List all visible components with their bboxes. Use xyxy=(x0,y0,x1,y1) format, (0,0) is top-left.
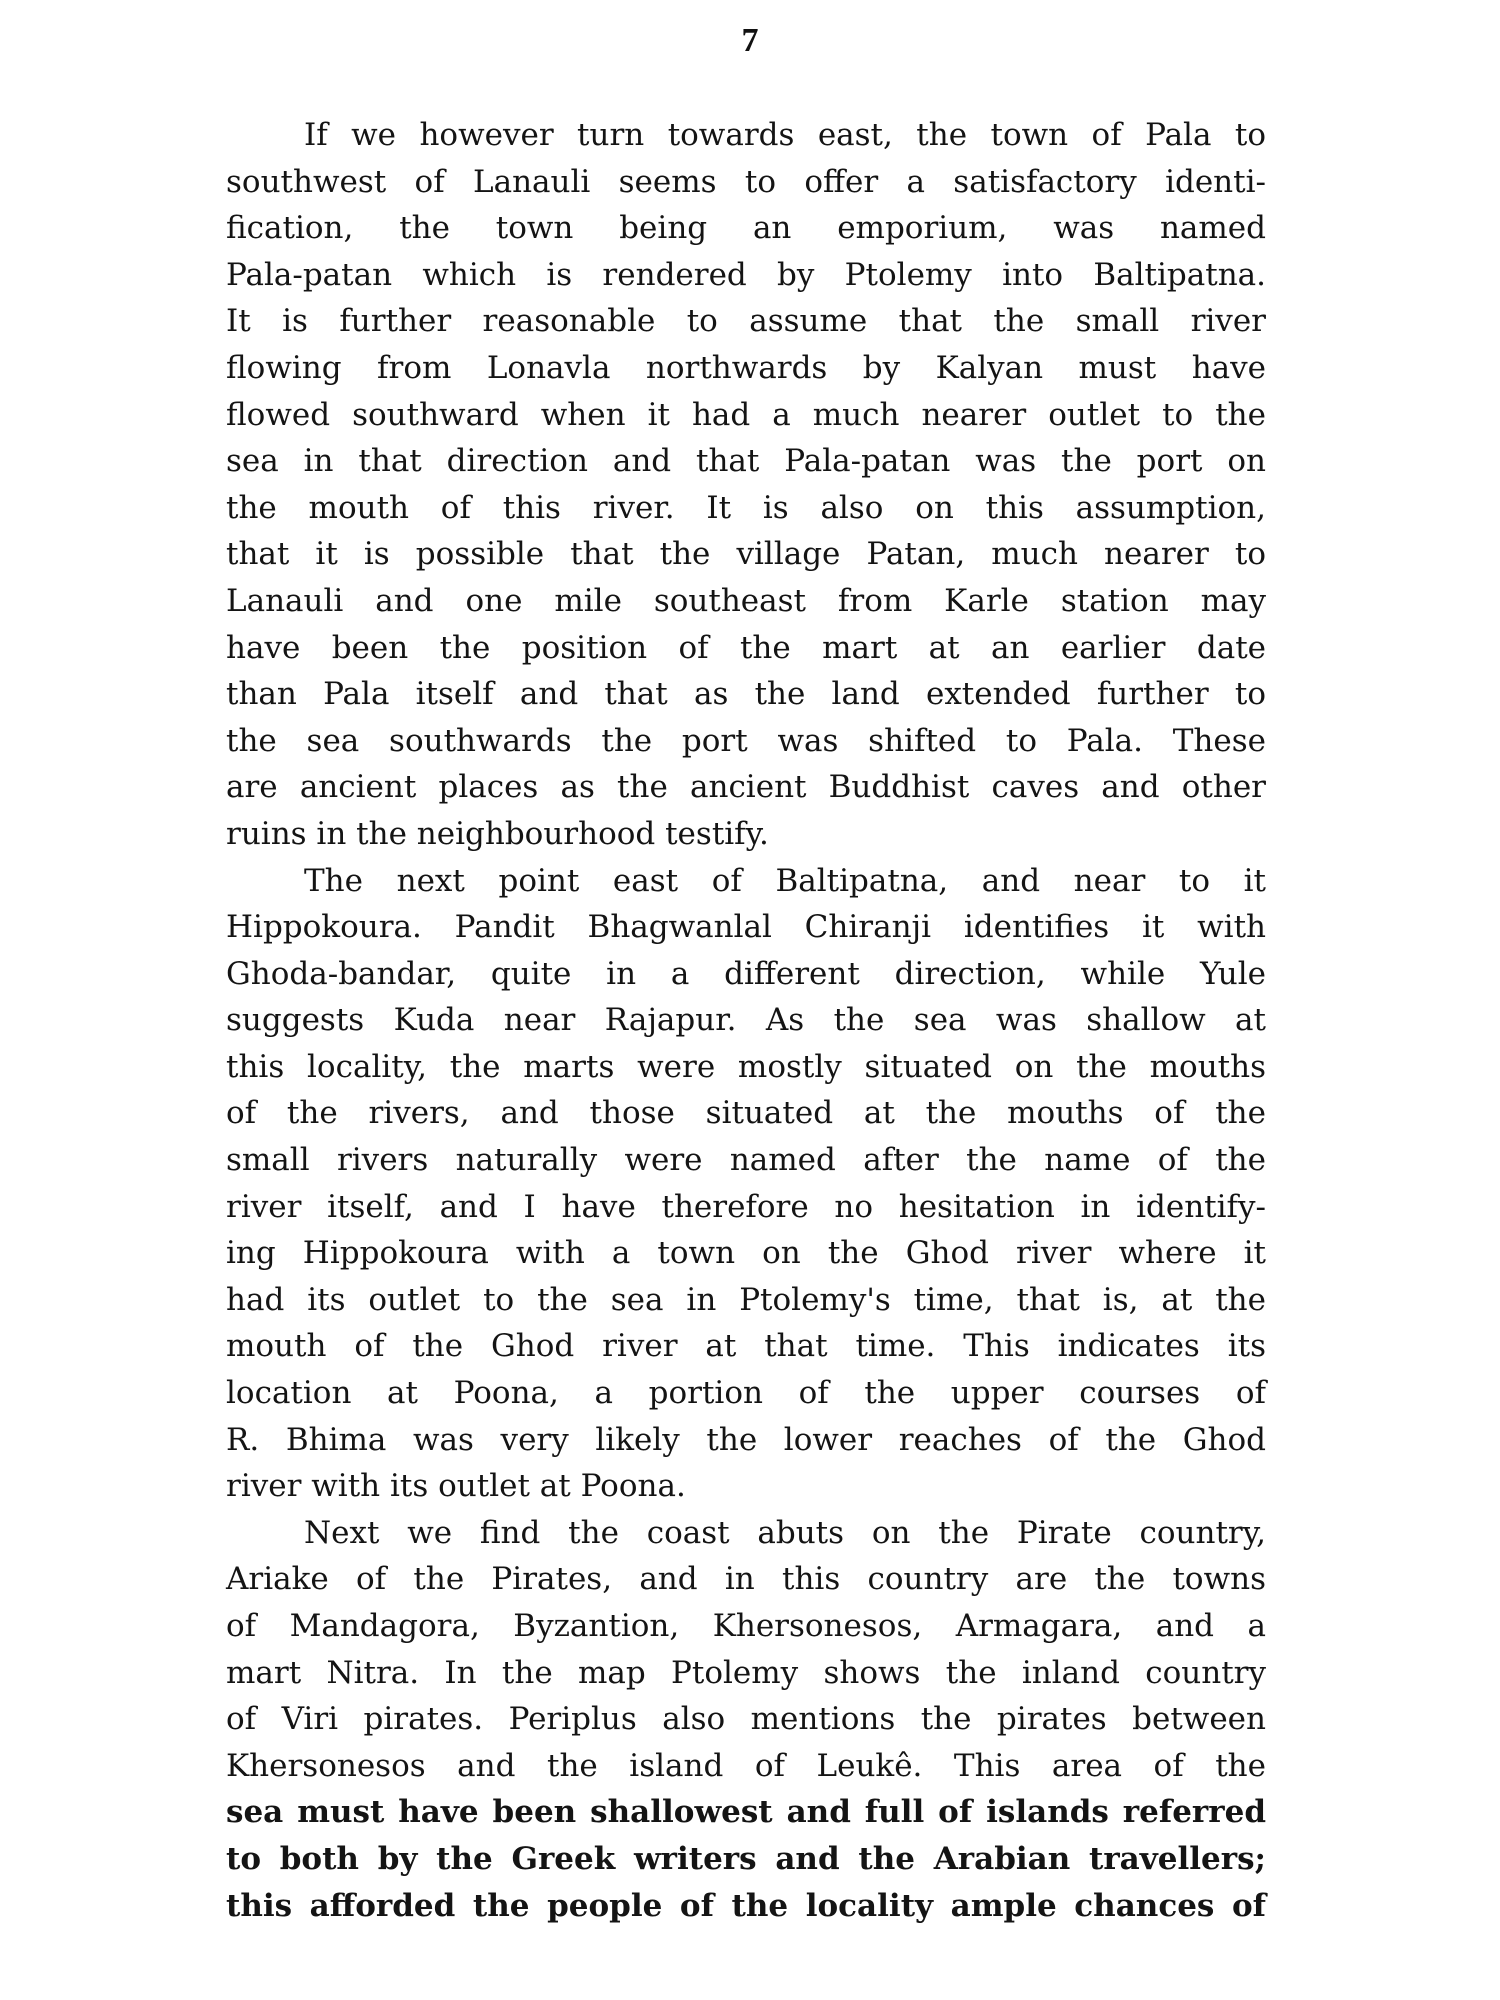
text-line: this locality, the marts were mostly sit… xyxy=(226,1044,1266,1091)
text-line: flowing from Lonavla northwards by Kalya… xyxy=(226,345,1266,392)
text-line: fication, the town being an emporium, wa… xyxy=(226,205,1266,252)
text-line: Pala-patan which is rendered by Ptolemy … xyxy=(226,252,1266,299)
text-line: It is further reasonable to assume that … xyxy=(226,298,1266,345)
text-line: small rivers naturally were named after … xyxy=(226,1137,1266,1184)
text-line: of the rivers, and those situated at the… xyxy=(226,1090,1266,1137)
text-line: mart Nitra. In the map Ptolemy shows the… xyxy=(226,1650,1266,1697)
text-line: mouth of the Ghod river at that time. Th… xyxy=(226,1323,1266,1370)
paragraph-3: Next we find the coast abuts on the Pira… xyxy=(226,1510,1266,1929)
text-line: than Pala itself and that as the land ex… xyxy=(226,671,1266,718)
text-line: Khersonesos and the island of Leukê. Thi… xyxy=(226,1743,1266,1790)
text-line: southwest of Lanauli seems to offer a sa… xyxy=(226,159,1266,206)
text-line: the sea southwards the port was shifted … xyxy=(226,718,1266,765)
text-line: have been the position of the mart at an… xyxy=(226,625,1266,672)
text-line: river with its outlet at Poona. xyxy=(226,1463,1266,1510)
text-line: that it is possible that the village Pat… xyxy=(226,531,1266,578)
text-line: of Viri pirates. Periplus also mentions … xyxy=(226,1696,1266,1743)
text-line: suggests Kuda near Rajapur. As the sea w… xyxy=(226,997,1266,1044)
paragraph-1: If we however turn towards east, the tow… xyxy=(226,112,1266,858)
text-line: Ariake of the Pirates, and in this count… xyxy=(226,1556,1266,1603)
page-number: 7 xyxy=(0,22,1500,60)
text-line: of Mandagora, Byzantion, Khersonesos, Ar… xyxy=(226,1603,1266,1650)
text-line: The next point east of Baltipatna, and n… xyxy=(226,858,1266,905)
text-line: flowed southward when it had a much near… xyxy=(226,392,1266,439)
text-line: are ancient places as the ancient Buddhi… xyxy=(226,764,1266,811)
text-line: had its outlet to the sea in Ptolemy's t… xyxy=(226,1277,1266,1324)
text-line: ruins in the neighbourhood testify. xyxy=(226,811,1266,858)
text-line: R. Bhima was very likely the lower reach… xyxy=(226,1417,1266,1464)
text-line: ing Hippokoura with a town on the Ghod r… xyxy=(226,1230,1266,1277)
text-line: this afforded the people of the locality… xyxy=(226,1883,1266,1930)
text-line: If we however turn towards east, the tow… xyxy=(226,112,1266,159)
text-line: river itself, and I have therefore no he… xyxy=(226,1184,1266,1231)
text-line: sea in that direction and that Pala-pata… xyxy=(226,438,1266,485)
text-line: location at Poona, a portion of the uppe… xyxy=(226,1370,1266,1417)
text-line: to both by the Greek writers and the Ara… xyxy=(226,1836,1266,1883)
text-line: Ghoda-bandar, quite in a different direc… xyxy=(226,951,1266,998)
text-line: sea must have been shallowest and full o… xyxy=(226,1789,1266,1836)
text-line: Hippokoura. Pandit Bhagwanlal Chiranji i… xyxy=(226,904,1266,951)
text-line: the mouth of this river. It is also on t… xyxy=(226,485,1266,532)
paragraph-2: The next point east of Baltipatna, and n… xyxy=(226,858,1266,1510)
text-line: Next we find the coast abuts on the Pira… xyxy=(226,1510,1266,1557)
text-line: Lanauli and one mile southeast from Karl… xyxy=(226,578,1266,625)
body-text: If we however turn towards east, the tow… xyxy=(226,112,1266,1929)
